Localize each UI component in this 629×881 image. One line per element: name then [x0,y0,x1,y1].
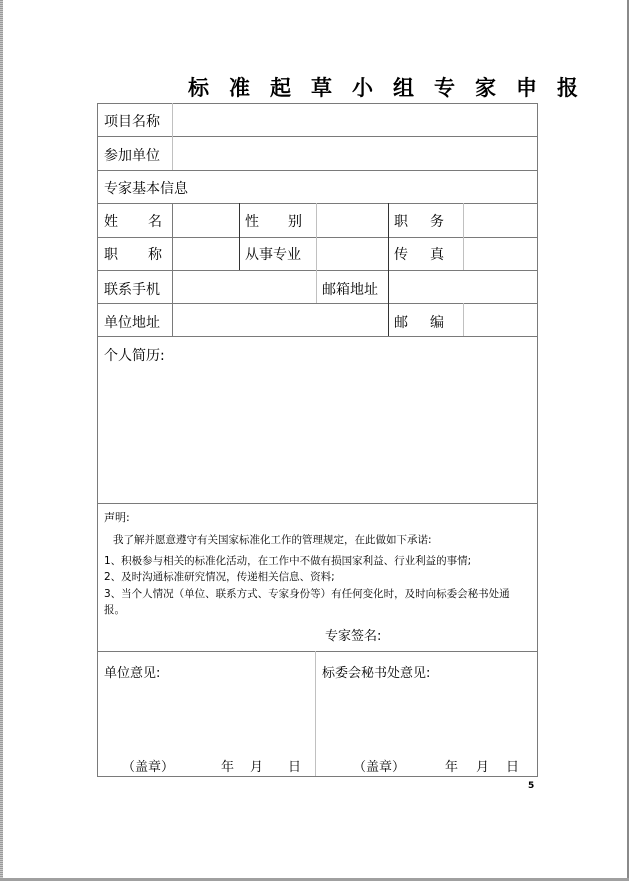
specialty-label: 从事专业 [245,244,301,264]
declaration-item: 2、及时沟通标准研究情况，传递相关信息、资料; [104,569,335,584]
page-number: 5 [528,781,534,791]
fax-field[interactable] [464,238,537,270]
gender-label-char: 性 [245,211,259,231]
email-field[interactable] [389,271,537,303]
gender-field[interactable] [317,204,388,237]
email-label: 邮箱地址 [322,279,378,299]
project-name-label: 项目名称 [104,111,160,131]
secretariat-opinion-field[interactable] [316,680,537,750]
secretariat-seal-label: （盖章） [353,756,405,775]
unit-seal-label: （盖章） [122,756,174,775]
secretariat-opinion-label: 标委会秘书处意见: [322,662,430,681]
participating-unit-label: 参加单位 [104,145,160,165]
signature-label: 专家签名: [325,625,381,644]
fax-label-char: 真 [430,244,444,264]
postcode-field[interactable] [464,304,537,336]
page-left-edge [0,0,3,881]
table-line [537,103,538,777]
mobile-label: 联系手机 [104,279,160,299]
position-label-char: 职 [394,211,408,231]
specialty-field[interactable] [317,238,388,270]
title-label: 职称 [104,244,162,264]
name-label-char: 名 [148,211,162,231]
table-line [97,503,538,504]
position-field[interactable] [464,204,537,237]
table-line [97,776,538,777]
title-label-char: 称 [148,244,162,264]
fax-label: 传真 [394,244,444,264]
unit-date-day: 日 [288,756,301,775]
postcode-label-char: 编 [430,312,444,332]
secretariat-date-year: 年 [445,756,458,775]
unit-date-year: 年 [221,756,234,775]
unit-opinion-field[interactable] [98,680,315,750]
position-label: 职务 [394,211,444,231]
resume-label: 个人简历: [104,345,165,365]
postcode-label-char: 邮 [394,312,408,332]
project-name-field[interactable] [173,104,537,136]
gender-label-char: 别 [288,211,302,231]
mobile-field[interactable] [173,271,316,303]
resume-field[interactable] [98,366,537,502]
name-label-char: 姓 [104,211,118,231]
page-title: 标准起草小组专家申报 [188,72,598,102]
signature-field[interactable] [400,620,530,646]
name-field[interactable] [173,204,239,237]
participating-unit-field[interactable] [173,137,537,170]
title-field[interactable] [173,238,239,270]
gender-label: 性别 [245,211,302,231]
address-label: 单位地址 [104,312,160,332]
position-label-char: 务 [430,211,444,231]
expert-info-header: 专家基本信息 [104,178,188,198]
unit-opinion-label: 单位意见: [104,662,160,681]
address-field[interactable] [173,304,388,336]
declaration-heading: 声明: [104,509,130,525]
table-line [388,203,389,336]
declaration-item: 3、当个人情况（单位、联系方式、专家身份等）有任何变化时，及时向标委会秘书处通 [104,586,510,601]
secretariat-date-month: 月 [476,756,489,775]
declaration-intro: 我了解并愿意遵守有关国家标准化工作的管理规定，在此做如下承诺: [113,532,432,547]
table-line [97,336,538,337]
table-line [239,203,240,270]
declaration-item: 1、积极参与相关的标准化活动，在工作中不做有损国家利益、行业利益的事情; [104,553,471,568]
name-label: 姓名 [104,211,162,231]
unit-date-month: 月 [250,756,263,775]
title-label-char: 职 [104,244,118,264]
table-line [97,170,538,171]
secretariat-date-day: 日 [506,756,519,775]
declaration-item: 报。 [104,602,125,617]
postcode-label: 邮编 [394,312,444,332]
fax-label-char: 传 [394,244,408,264]
table-line [97,651,538,652]
